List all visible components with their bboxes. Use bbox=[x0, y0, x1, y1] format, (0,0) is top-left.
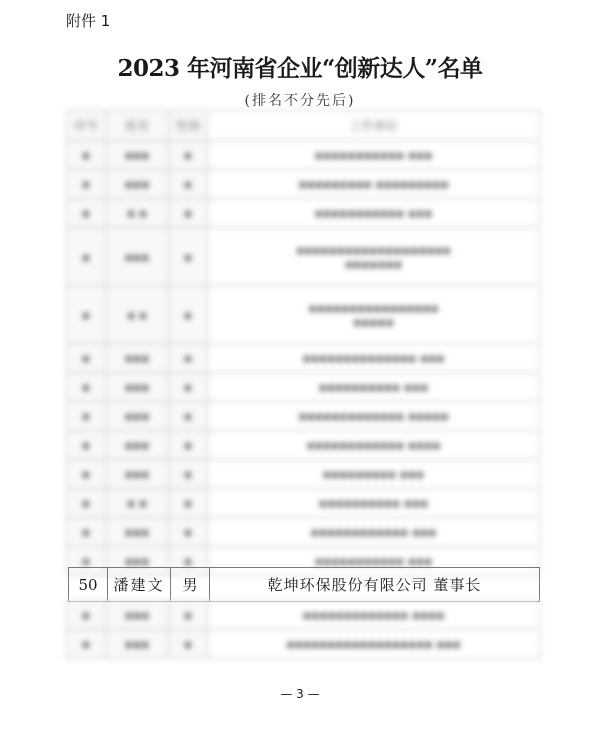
document-subtitle: (排名不分先后) bbox=[0, 90, 600, 110]
row-name: 潘建文 bbox=[108, 568, 171, 602]
blurred-table-bottom: ▪▪▪▪▪▪▪▪▪▪▪▪▪▪▪▪▪▪ ▪▪▪▪ ▪▪▪▪▪▪▪▪▪▪▪▪▪▪▪▪… bbox=[66, 600, 540, 659]
highlighted-row-table: 50 潘建文 男 乾坤环保股份有限公司 董事长 bbox=[68, 567, 540, 602]
attachment-label: 附件 1 bbox=[66, 10, 110, 31]
row-unit: 乾坤环保股份有限公司 董事长 bbox=[210, 568, 540, 602]
document-title: 2023 年河南省企业“创新达人”名单 bbox=[0, 50, 600, 83]
header-number: 序号 bbox=[67, 111, 106, 141]
table-row: 50 潘建文 男 乾坤环保股份有限公司 董事长 bbox=[69, 568, 540, 602]
header-name: 姓名 bbox=[106, 111, 169, 141]
page-number: — 3 — bbox=[0, 687, 600, 701]
header-unit: 工作单位 bbox=[208, 111, 540, 141]
blurred-table-top: 序号姓名性别工作单位 ▪▪▪▪▪▪▪▪▪▪▪▪▪▪▪▪ ▪▪▪ ▪▪▪▪▪▪▪▪… bbox=[66, 110, 540, 576]
row-gender: 男 bbox=[171, 568, 210, 602]
row-number: 50 bbox=[69, 568, 108, 602]
header-gender: 性别 bbox=[169, 111, 208, 141]
